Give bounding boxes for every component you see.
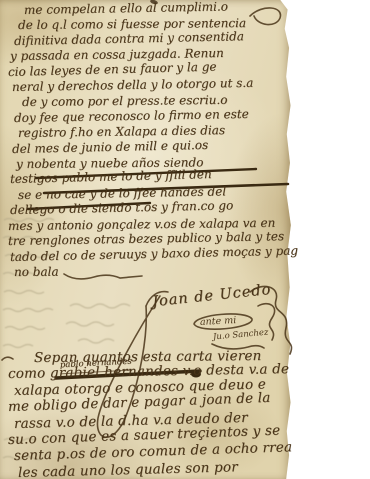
obligation-opening-block: Sepan quantos esta carta vieren como gra… bbox=[8, 350, 288, 479]
text-before-strike: como bbox=[8, 366, 50, 383]
notary-ante-mi: ante mi bbox=[200, 315, 237, 328]
struck-text: dellego o die bbox=[10, 202, 88, 218]
text-line: no bala bbox=[14, 263, 288, 281]
struck-text: pablo me lo de y ffiil den bbox=[61, 168, 211, 186]
text-after-strike: siendo t.os y fran.co go bbox=[88, 199, 234, 216]
manuscript-scan-page: me compelan a ello al cumplimi.o de lo q… bbox=[0, 0, 370, 479]
struck-prefix: testigos bbox=[10, 171, 62, 186]
notarial-closing-block: me compelan a ello al cumplimi.o de lo q… bbox=[8, 3, 288, 280]
